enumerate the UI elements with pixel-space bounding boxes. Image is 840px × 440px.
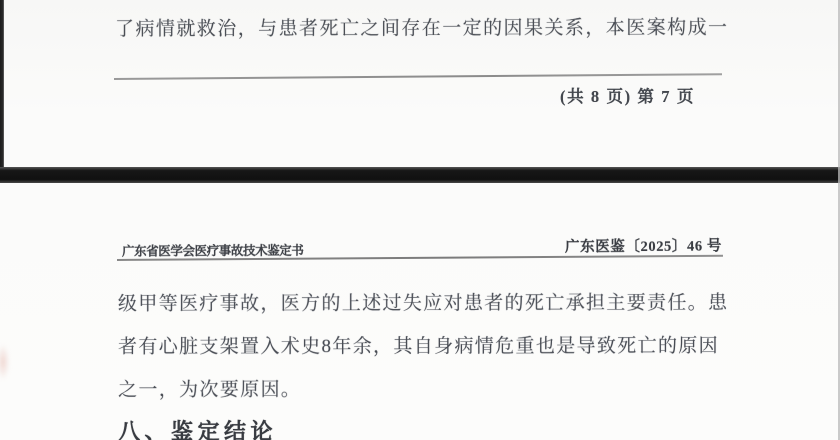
page7-page-number: (共 8 页) 第 7 页 (560, 83, 695, 107)
section-heading: 八、鉴定结论 (118, 415, 277, 440)
page7-body-line: 了病情就救治，与患者死亡之间存在一定的因果关系，本医案构成一 (115, 12, 729, 41)
scan-smudge (0, 344, 9, 380)
black-divider-band (0, 167, 840, 183)
page-7-fragment: 了病情就救治，与患者死亡之间存在一定的因果关系，本医案构成一 (共 8 页) 第… (0, 0, 840, 166)
page8-body-line-3: 之一，为次要原因。 (118, 367, 729, 411)
page8-body-line-1: 级甲等医疗事故，医方的上述过失应对患者的死亡承担主要责任。患 (118, 281, 729, 325)
document-number-header: 广东医鉴〔2025〕46 号 (565, 234, 722, 256)
document-title-header: 广东省医学会医疗事故技术鉴定书 (122, 241, 304, 260)
page8-body-paragraph: 级甲等医疗事故，医方的上述过失应对患者的死亡承担主要责任。患 者有心脏支架置入术… (118, 281, 729, 411)
page8-body-line-2: 者有心脏支架置入术史8年余，其自身病情危重也是导致死亡的原因 (118, 324, 729, 368)
photo-left-edge (0, 0, 4, 170)
scanned-document-photo: 了病情就救治，与患者死亡之间存在一定的因果关系，本医案构成一 (共 8 页) 第… (0, 0, 840, 440)
page7-footer-rule (114, 73, 722, 79)
page-8-fragment: 广东省医学会医疗事故技术鉴定书 广东医鉴〔2025〕46 号 级甲等医疗事故，医… (0, 183, 840, 440)
